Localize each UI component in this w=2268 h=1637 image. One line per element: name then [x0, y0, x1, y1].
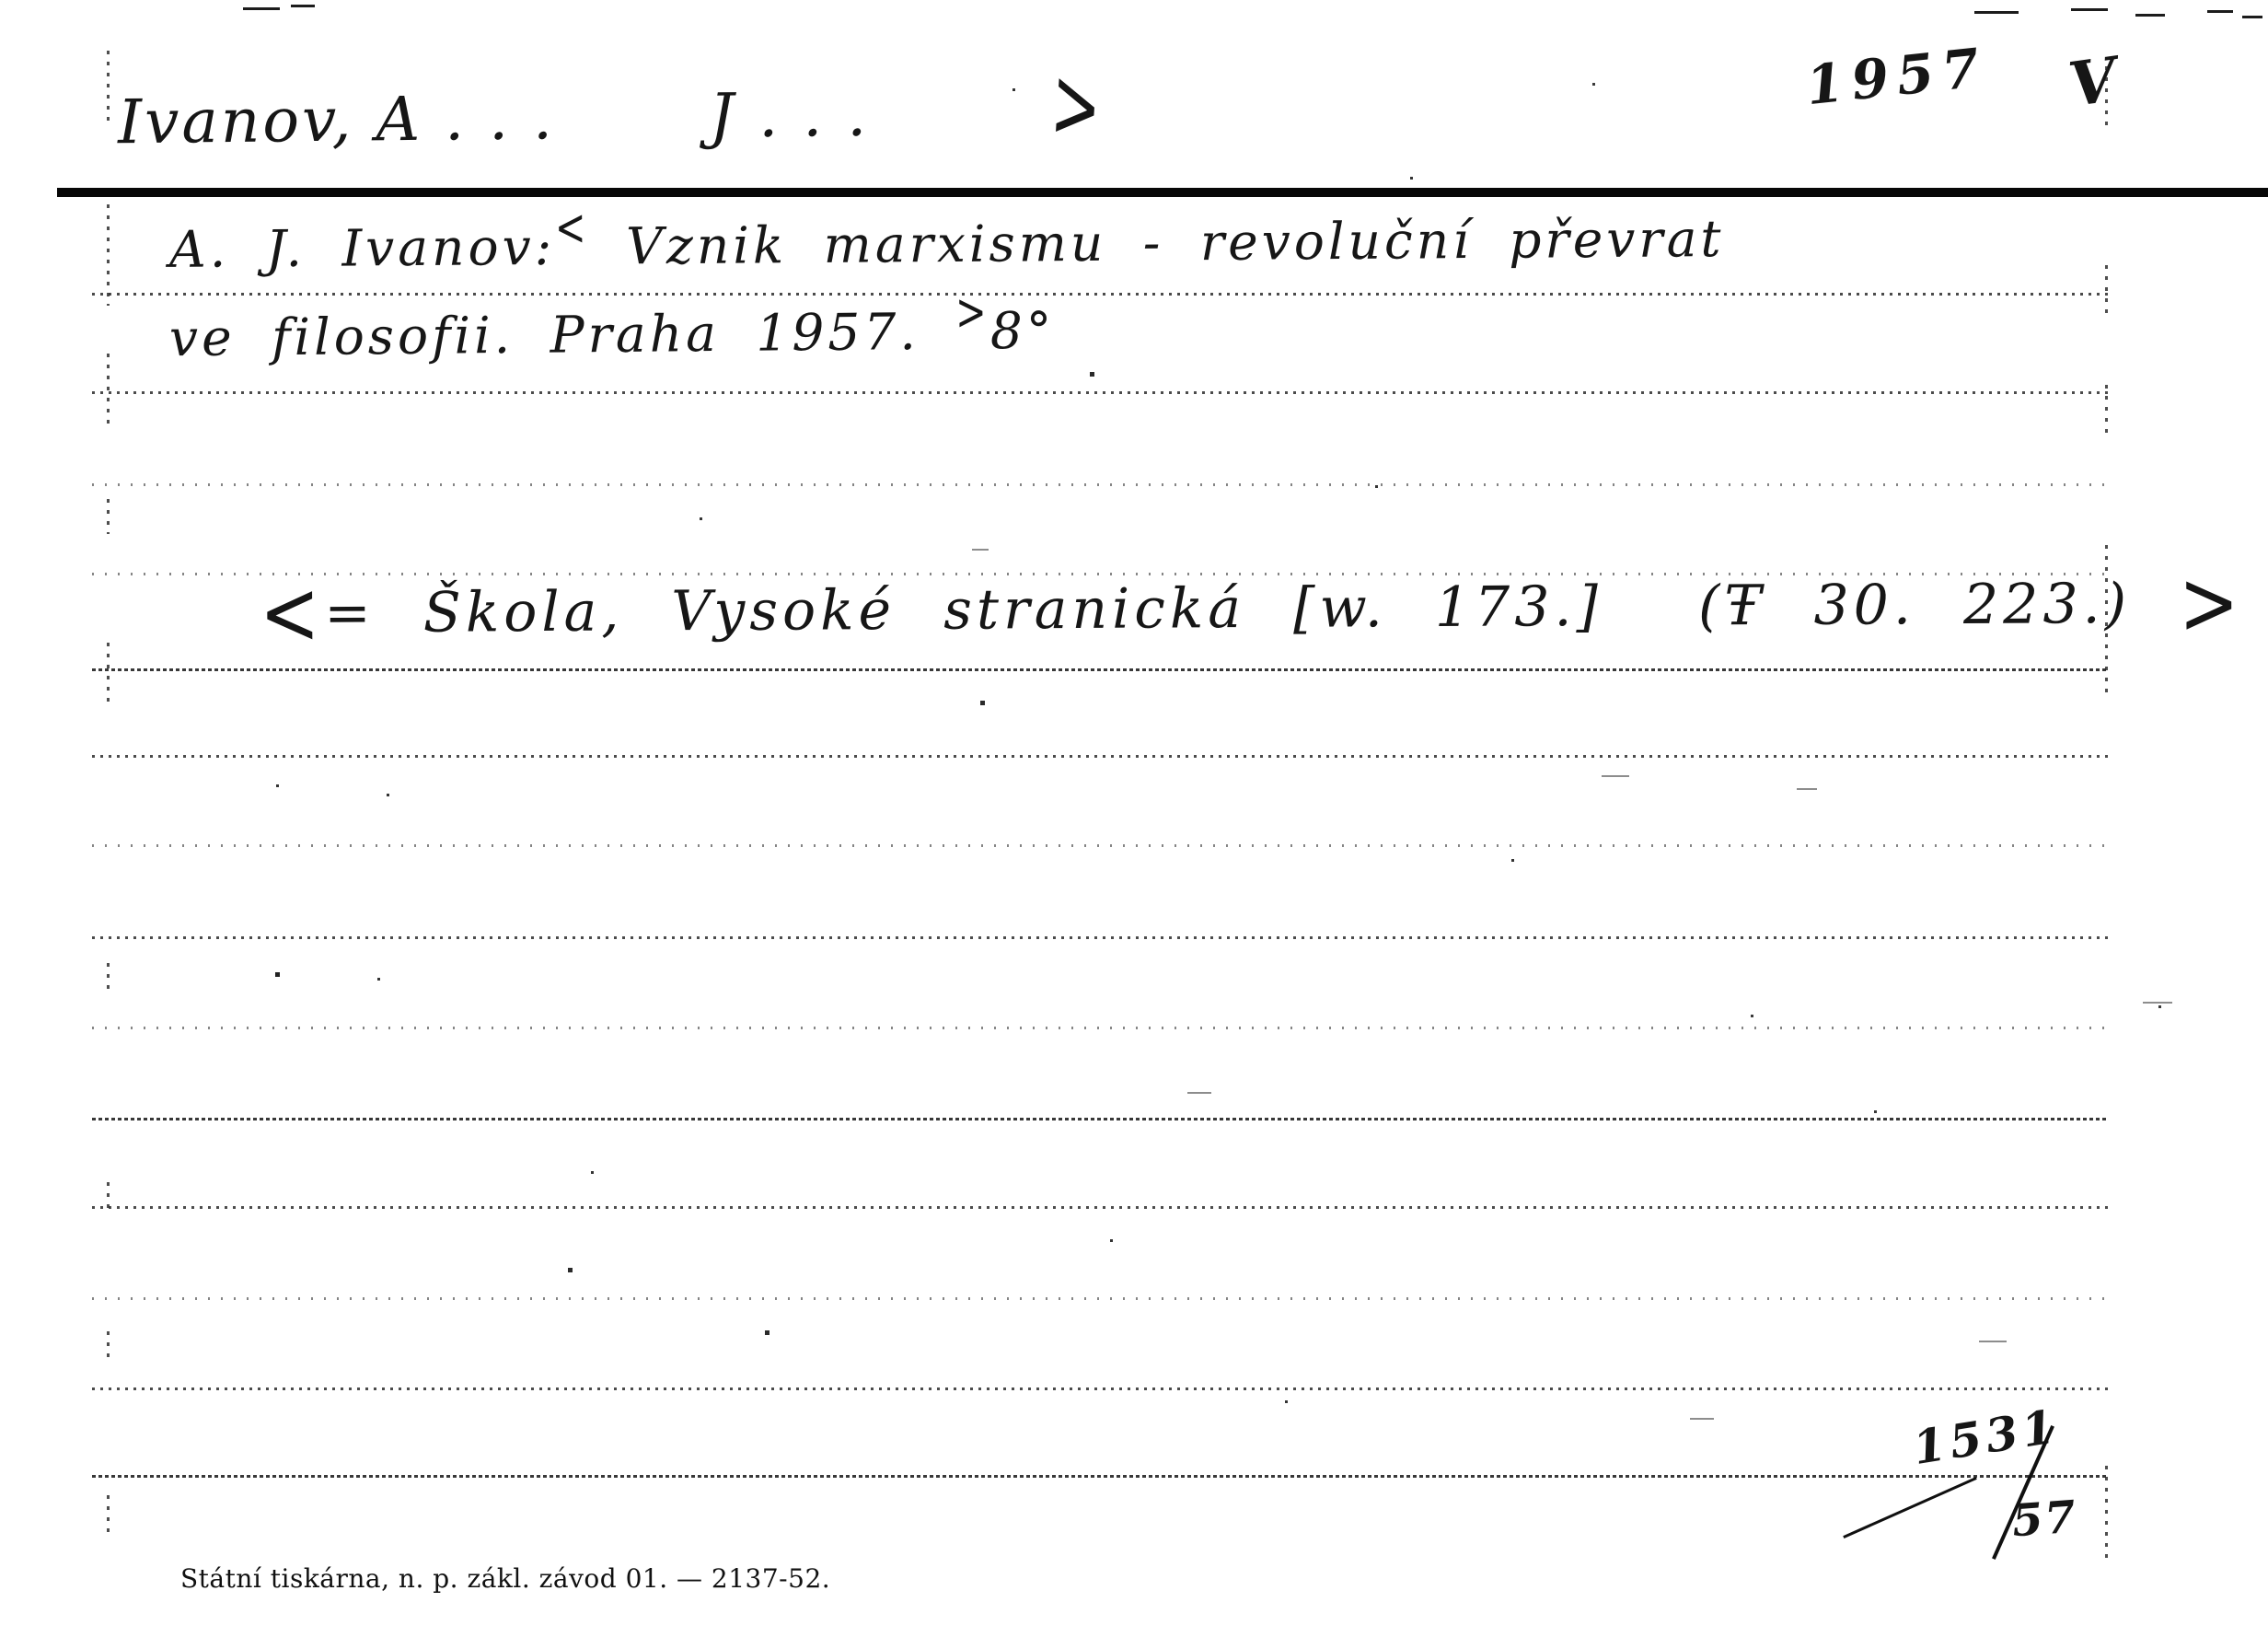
series-close-bracket: >	[2179, 559, 2244, 649]
heading-rule	[57, 188, 2268, 197]
ruled-line	[92, 668, 2108, 671]
ruled-line	[92, 1027, 2108, 1029]
entry-line1: A. J. Ivanov:< Vznik marxismu - revolučn…	[169, 214, 1725, 275]
accession-check-stroke	[1843, 1477, 1977, 1538]
series-text: Škola, Vysoké stranická	[376, 576, 1294, 645]
card-edge-dotted-line-left	[107, 643, 110, 707]
ruled-line	[92, 1475, 2108, 1478]
entry-author: A. J. Ivanov:	[169, 217, 556, 279]
scan-noise-specks	[0, 0, 3, 3]
insertion-caret-mark: <	[555, 203, 590, 254]
entry-place-year: ve filosofii. Praha 1957.	[169, 302, 956, 367]
ruled-line	[92, 391, 2108, 394]
card-edge-dotted-line-right	[2105, 385, 2108, 440]
card-edge-dotted-line-right	[2105, 265, 2108, 320]
heading-author-name: Ivanov, A . . . J . . .	[118, 85, 870, 154]
card-edge-dotted-line-left	[107, 354, 110, 429]
scan-noise-dash	[1690, 1418, 1714, 1420]
ruled-line	[92, 293, 2108, 296]
card-edge-dotted-line-left	[107, 1331, 110, 1359]
ownership-letter: V	[2065, 49, 2121, 115]
heading-insert-mark: >	[1048, 52, 1104, 161]
entry-format: 8°	[990, 301, 1056, 361]
scan-edge-dash	[2242, 16, 2262, 18]
card-edge-dotted-line-left	[107, 1495, 110, 1534]
scan-edge-dash	[1974, 11, 2019, 14]
series-shelf-ref: (Ŧ 30. 223.)	[1698, 572, 2131, 638]
scan-edge-dash	[243, 7, 280, 10]
card-edge-dotted-line-right	[2105, 545, 2108, 692]
card-edge-dotted-line-left	[107, 963, 110, 994]
scan-noise-dash	[1602, 775, 1629, 777]
series-equals: =	[324, 581, 376, 645]
card-edge-dotted-line-left	[107, 499, 110, 534]
ruled-line	[92, 1118, 2108, 1120]
ruled-line	[92, 573, 2108, 575]
series-spacer	[1603, 574, 1699, 639]
ruled-line	[92, 755, 2108, 758]
card-edge-dotted-line-right	[2105, 66, 2108, 131]
ruled-line	[92, 936, 2108, 939]
scan-edge-dash	[2135, 14, 2165, 17]
printer-imprint: Státní tiskárna, n. p. zákl. závod 01. —…	[180, 1563, 830, 1594]
scan-edge-dash	[2207, 10, 2233, 13]
card-edge-dotted-line-left	[107, 51, 110, 124]
ruled-line	[92, 483, 2108, 486]
series-open-bracket: <	[260, 569, 325, 659]
ruled-line	[92, 844, 2108, 847]
ruled-line	[92, 1297, 2108, 1300]
series-spacer2	[2131, 572, 2179, 636]
scan-noise-dash	[1797, 788, 1817, 790]
card-edge-dotted-line-right	[2105, 1466, 2108, 1558]
series-volume-ref: [w. 173.]	[1293, 575, 1603, 641]
card-edge-dotted-line-left	[107, 204, 110, 306]
handwritten-year: 1957	[1804, 41, 1990, 112]
ruled-line	[92, 1387, 2108, 1390]
scan-edge-dash	[291, 5, 315, 7]
accession-number-numerator: 1531	[1910, 1403, 2062, 1471]
entry-line2: ve filosofii. Praha 1957. >8°	[169, 306, 1056, 364]
accession-number-denominator: 57	[2010, 1495, 2078, 1544]
scan-edge-dash	[2071, 8, 2108, 11]
ruled-line	[92, 1206, 2108, 1209]
scan-noise-dash	[1979, 1341, 2007, 1342]
card-edge-dotted-line-left	[107, 1182, 110, 1212]
scan-noise-dash	[2143, 1002, 2172, 1004]
scan-noise-dash	[972, 549, 989, 551]
scan-noise-dash	[1187, 1092, 1211, 1094]
entry-title: Vznik marxismu - revoluční převrat	[589, 209, 1724, 276]
catalog-card: 1957 V Ivanov, A . . . J . . . > A. J. I…	[0, 0, 2268, 1637]
